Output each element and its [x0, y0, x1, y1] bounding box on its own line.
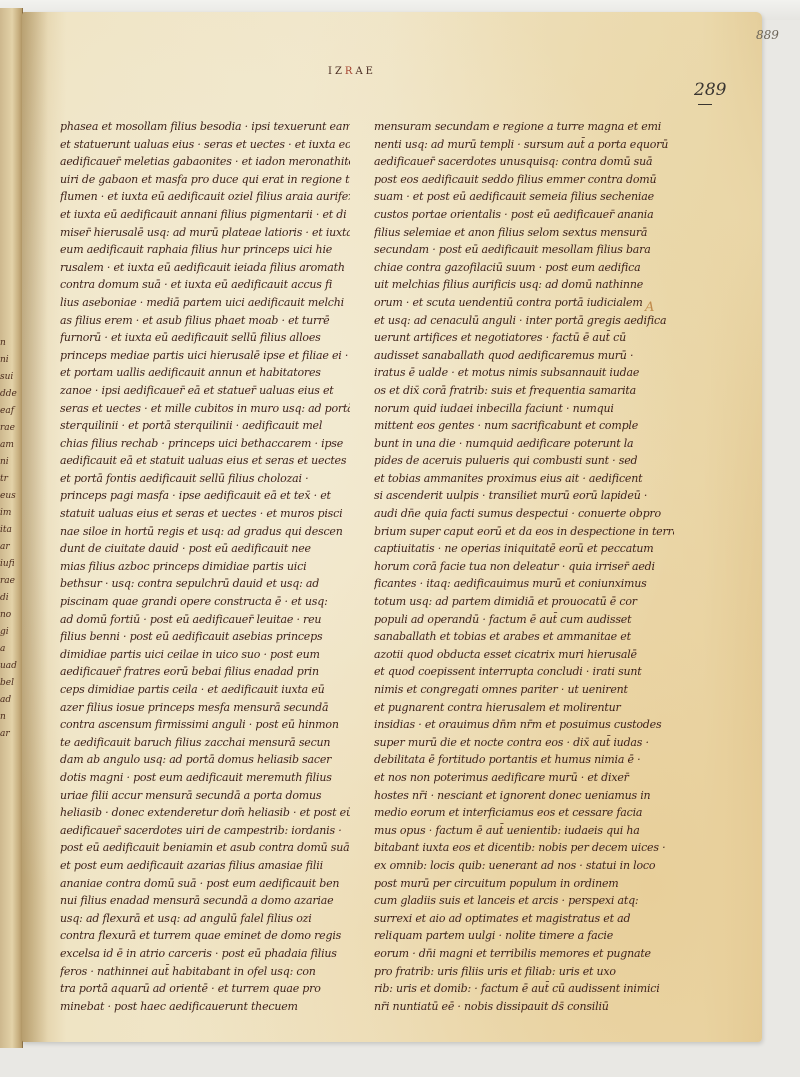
text-line: phasea et mosollam filius besodia · ipsi… [60, 118, 350, 136]
text-line: reliquam partem uulgi · nolite timere a … [374, 927, 674, 945]
text-line: tra portā aquarū ad orientē · et turrem … [60, 980, 350, 998]
text-line: rib: uris et domib: · factum ē aut̄ cū a… [374, 980, 674, 998]
prev-page-text-fragment: uad [0, 661, 17, 671]
folio-number-pencil: 889 [756, 28, 779, 42]
running-head-letter: A [355, 66, 365, 77]
text-column-right: mensuram secundam e regione a turre magn… [374, 118, 674, 1015]
text-line: uiri de gabaon et masfa pro duce qui era… [60, 171, 350, 189]
text-line: contra flexurā et turrem quae eminet de … [60, 927, 350, 945]
prev-page-text-fragment: n [0, 712, 6, 722]
text-line: nae siloe in hortū regis et usq: ad grad… [60, 523, 350, 541]
text-line: nenti usq: ad murū templi · sursum aut̄ … [374, 136, 674, 154]
text-line: princeps mediae partis uici hierusalē ip… [60, 347, 350, 365]
text-line: et post eum aedificauit azarias filius a… [60, 857, 350, 875]
text-line: ad domū fortiū · post eū aedificauer̄ le… [60, 611, 350, 629]
text-line: audi dn̄e quia facti sumus despectui · c… [374, 505, 674, 523]
text-line: eorum · dn̄i magni et terribilis memores… [374, 945, 674, 963]
prev-page-text-fragment: eaf [0, 406, 14, 416]
prev-page-text-fragment: eus [0, 491, 16, 501]
text-line: debilitata ē fortitudo portantis et humu… [374, 751, 674, 769]
text-line: et statuerunt ualuas eius · seras et uec… [60, 136, 350, 154]
text-line: iratus ē ualde · et motus nimis subsanna… [374, 364, 674, 382]
text-line: seras et uectes · et mille cubitos in mu… [60, 400, 350, 418]
prev-page-text-fragment: di [0, 593, 9, 603]
text-line: captiuitatis · ne operias iniquitatē eor… [374, 540, 674, 558]
text-line: dotis magni · post eum aedificauit merem… [60, 769, 350, 787]
text-line: super murū die et nocte contra eos · dix… [374, 734, 674, 752]
prev-page-text-fragment: dde [0, 389, 17, 399]
text-line: dunt de ciuitate dauid · post eū aedific… [60, 540, 350, 558]
text-column-left: phasea et mosollam filius besodia · ipsi… [60, 118, 350, 1015]
text-line: rusalem · et iuxta eū aedificauit ieiada… [60, 259, 350, 277]
prev-page-text-fragment: n [0, 338, 6, 348]
text-line: filius benni · post eū aedificauit asebi… [60, 628, 350, 646]
text-line: mensuram secundam e regione a turre magn… [374, 118, 674, 136]
prev-page-text-fragment: no [0, 610, 11, 620]
folio-number-ink: 289 [694, 80, 726, 100]
prev-page-text-fragment: gi [0, 627, 9, 637]
text-line: dam ab angulo usq: ad portā domus helias… [60, 751, 350, 769]
text-line: aedificauer̄ sacerdotes uiri de campestr… [60, 822, 350, 840]
text-line: nr̄i nuntiatū eē · nobis dissipauit ds̄ … [374, 998, 674, 1016]
text-line: horum corā facie tua non deleatur · quia… [374, 558, 674, 576]
text-line: et portam uallis aedificauit annun et ha… [60, 364, 350, 382]
text-line: ananiae contra domū suā · post eum aedif… [60, 875, 350, 893]
text-line: norum quid iudaei inbecilla faciunt · nu… [374, 400, 674, 418]
text-line: ceps dimidiae partis ceila · et aedifica… [60, 681, 350, 699]
text-line: si ascenderit uulpis · transiliet murū e… [374, 487, 674, 505]
text-line: aedificauit eā et statuit ualuas eius et… [60, 452, 350, 470]
text-line: bitabant iuxta eos et dicentib: nobis pe… [374, 839, 674, 857]
text-line: post eū aedificauit beniamin et asub con… [60, 839, 350, 857]
text-line: os et dix̄ corā fratrib: suis et frequen… [374, 382, 674, 400]
text-line: et tobias ammanites proximus eius ait · … [374, 470, 674, 488]
text-line: flumen · et iuxta eū aedificauit oziel f… [60, 188, 350, 206]
text-line: furnorū · et iuxta eū aedificauit sellū … [60, 329, 350, 347]
text-line: hostes nr̄i · nesciant et ignorent donec… [374, 787, 674, 805]
text-line: aedificauer̄ sacerdotes unusquisq: contr… [374, 153, 674, 171]
text-line: et nos non poterimus aedificare murū · e… [374, 769, 674, 787]
text-line: et portā fontis aedificauit sellū filius… [60, 470, 350, 488]
text-line: sterquilinii · et portā sterquilinii · a… [60, 417, 350, 435]
prev-page-text-fragment: ita [0, 525, 12, 535]
text-line: medio eorum et interficiamus eos et cess… [374, 804, 674, 822]
prev-page-text-fragment: ad [0, 695, 11, 705]
prev-page-text-fragment: a [0, 644, 5, 654]
text-line: suam · et post eū aedificauit semeia fil… [374, 188, 674, 206]
prev-page-text-fragment: rae [0, 423, 15, 433]
text-line: chiae contra gazofilaciū suum · post eum… [374, 259, 674, 277]
text-line: et pugnarent contra hierusalem et molire… [374, 699, 674, 717]
text-line: heliasib · donec extenderetur dom̄ helia… [60, 804, 350, 822]
text-line: ex omnib: locis quib: uenerant ad nos · … [374, 857, 674, 875]
text-line: sanaballath et tobias et arabes et amman… [374, 628, 674, 646]
text-line: piscinam quae grandi opere constructa ē … [60, 593, 350, 611]
gutter-shadow [22, 12, 48, 1042]
prev-page-text-fragment: ar [0, 729, 10, 739]
text-line: ficantes · itaq: aedificauimus murū et c… [374, 575, 674, 593]
text-line: feros · nathinnei aut̄ habitabant in ofe… [60, 963, 350, 981]
text-line: uit melchias filius aurificis usq: ad do… [374, 276, 674, 294]
text-line: princeps pagi masfa · ipse aedificauit e… [60, 487, 350, 505]
text-line: te aedificauit baruch filius zacchai men… [60, 734, 350, 752]
text-line: brium super caput eorū et da eos in desp… [374, 523, 674, 541]
text-line: secundam · post eū aedificauit mesollam … [374, 241, 674, 259]
running-head-letter: E [366, 66, 376, 77]
text-line: orum · et scuta uendentiū contra portā i… [374, 294, 674, 312]
text-line: azer filius iosue princeps mesfa mensurā… [60, 699, 350, 717]
text-line: azotii quod obducta esset cicatrix muri … [374, 646, 674, 664]
text-line: surrexi et aio ad optimates et magistrat… [374, 910, 674, 928]
running-head-letter: Z [335, 66, 345, 77]
prev-page-text-fragment: iufi [0, 559, 15, 569]
text-line: minebat · post haec aedificauerunt thecu… [60, 998, 350, 1016]
running-head-letter: I [328, 66, 335, 77]
text-line: populi ad operandū · factum ē aut̄ cum a… [374, 611, 674, 629]
text-line: uerunt artifices et negotiatores · factū… [374, 329, 674, 347]
text-line: et quod coepissent interrupta concludi ·… [374, 663, 674, 681]
text-line: nimis et congregati omnes pariter · ut u… [374, 681, 674, 699]
text-line: cum gladiis suis et lanceis et arcis · p… [374, 892, 674, 910]
prev-page-text-fragment: bel [0, 678, 14, 688]
text-line: aedificauer̄ meletias gabaonites · et ia… [60, 153, 350, 171]
text-line: statuit ualuas eius et seras et uectes ·… [60, 505, 350, 523]
prev-page-text-fragment: ar [0, 542, 10, 552]
text-line: mittent eos gentes · num sacrificabunt e… [374, 417, 674, 435]
text-line: miser̄ hierusalē usq: ad murū plateae la… [60, 224, 350, 242]
text-line: chias filius rechab · princeps uici beth… [60, 435, 350, 453]
text-line: post eos aedificauit seddo filius emmer … [374, 171, 674, 189]
text-line: lius aseboniae · mediā partem uici aedif… [60, 294, 350, 312]
text-line: uriae filii accur mensurā secundā a port… [60, 787, 350, 805]
text-line: pro fratrib: uris filiis uris et filiab:… [374, 963, 674, 981]
text-line: contra ascensum firmissimi anguli · post… [60, 716, 350, 734]
previous-page-edge: nnisuiddeeafraeamnitreusimitaariufiraedi… [0, 8, 23, 1048]
text-line: zanoe · ipsi aedificauer̄ eā et statuer̄… [60, 382, 350, 400]
prev-page-text-fragment: rae [0, 576, 15, 586]
text-line: bethsur · usq: contra sepulchrū dauid et… [60, 575, 350, 593]
text-line: custos portae orientalis · post eū aedif… [374, 206, 674, 224]
text-line: et usq: ad cenaculū anguli · inter portā… [374, 312, 674, 330]
text-line: post murū per circuitum populum in ordin… [374, 875, 674, 893]
text-line: contra domum suā · et iuxta eū aedificau… [60, 276, 350, 294]
text-line: eum aedificauit raphaia filius hur princ… [60, 241, 350, 259]
text-line: as filius erem · et asub filius phaet mo… [60, 312, 350, 330]
prev-page-text-fragment: tr [0, 474, 8, 484]
text-line: insidias · et orauimus dn̄m nr̄m et posu… [374, 716, 674, 734]
prev-page-text-fragment: sui [0, 372, 13, 382]
text-line: et iuxta eū aedificauit annani filius pi… [60, 206, 350, 224]
running-head-letter: R [345, 66, 356, 77]
text-line: audisset sanaballath quod aedificaremus … [374, 347, 674, 365]
text-line: mias filius azboc princeps dimidiae part… [60, 558, 350, 576]
text-line: nui filius enadad mensurā secundā a domo… [60, 892, 350, 910]
text-line: excelsa id ē in atrio carceris · post eū… [60, 945, 350, 963]
text-line: aedificauer̄ fratres eorū bebai filius e… [60, 663, 350, 681]
text-line: dimidiae partis uici ceilae in uico suo … [60, 646, 350, 664]
text-line: mus opus · factum ē aut̄ uenientib: iuda… [374, 822, 674, 840]
text-line: totum usq: ad partem dimidiā et prouocat… [374, 593, 674, 611]
prev-page-text-fragment: am [0, 440, 14, 450]
text-line: filius selemiae et anon filius selom sex… [374, 224, 674, 242]
running-head: IZRAE [328, 66, 376, 77]
text-line: bunt in una die · numquid aedificare pot… [374, 435, 674, 453]
prev-page-text-fragment: ni [0, 355, 9, 365]
text-line: pides de aceruis pulueris qui combusti s… [374, 452, 674, 470]
prev-page-text-fragment: ni [0, 457, 9, 467]
text-line: usq: ad flexurā et usq: ad angulū falel … [60, 910, 350, 928]
prev-page-text-fragment: im [0, 508, 11, 518]
